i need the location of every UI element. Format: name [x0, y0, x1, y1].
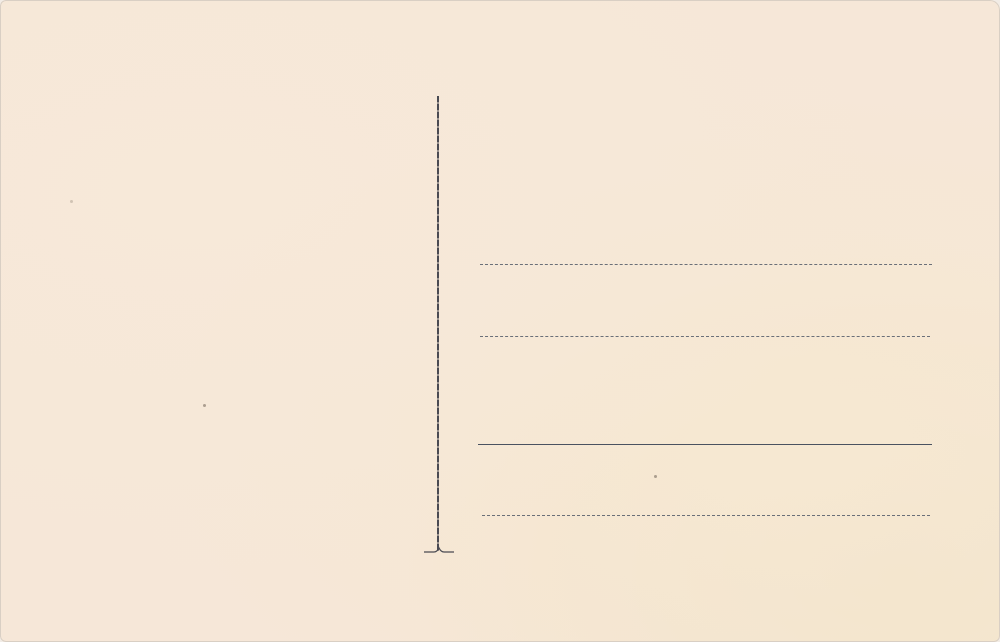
divider-ornament-icon: [424, 546, 454, 556]
paper-speck: [654, 475, 657, 478]
address-line-4: [482, 515, 930, 516]
address-line-2: [480, 336, 930, 337]
address-line-3: [478, 444, 932, 445]
center-divider-line: [437, 96, 439, 551]
address-line-1: [480, 264, 932, 265]
postcard-back: [0, 0, 1000, 642]
paper-speck: [203, 404, 206, 407]
paper-speck: [70, 200, 73, 203]
